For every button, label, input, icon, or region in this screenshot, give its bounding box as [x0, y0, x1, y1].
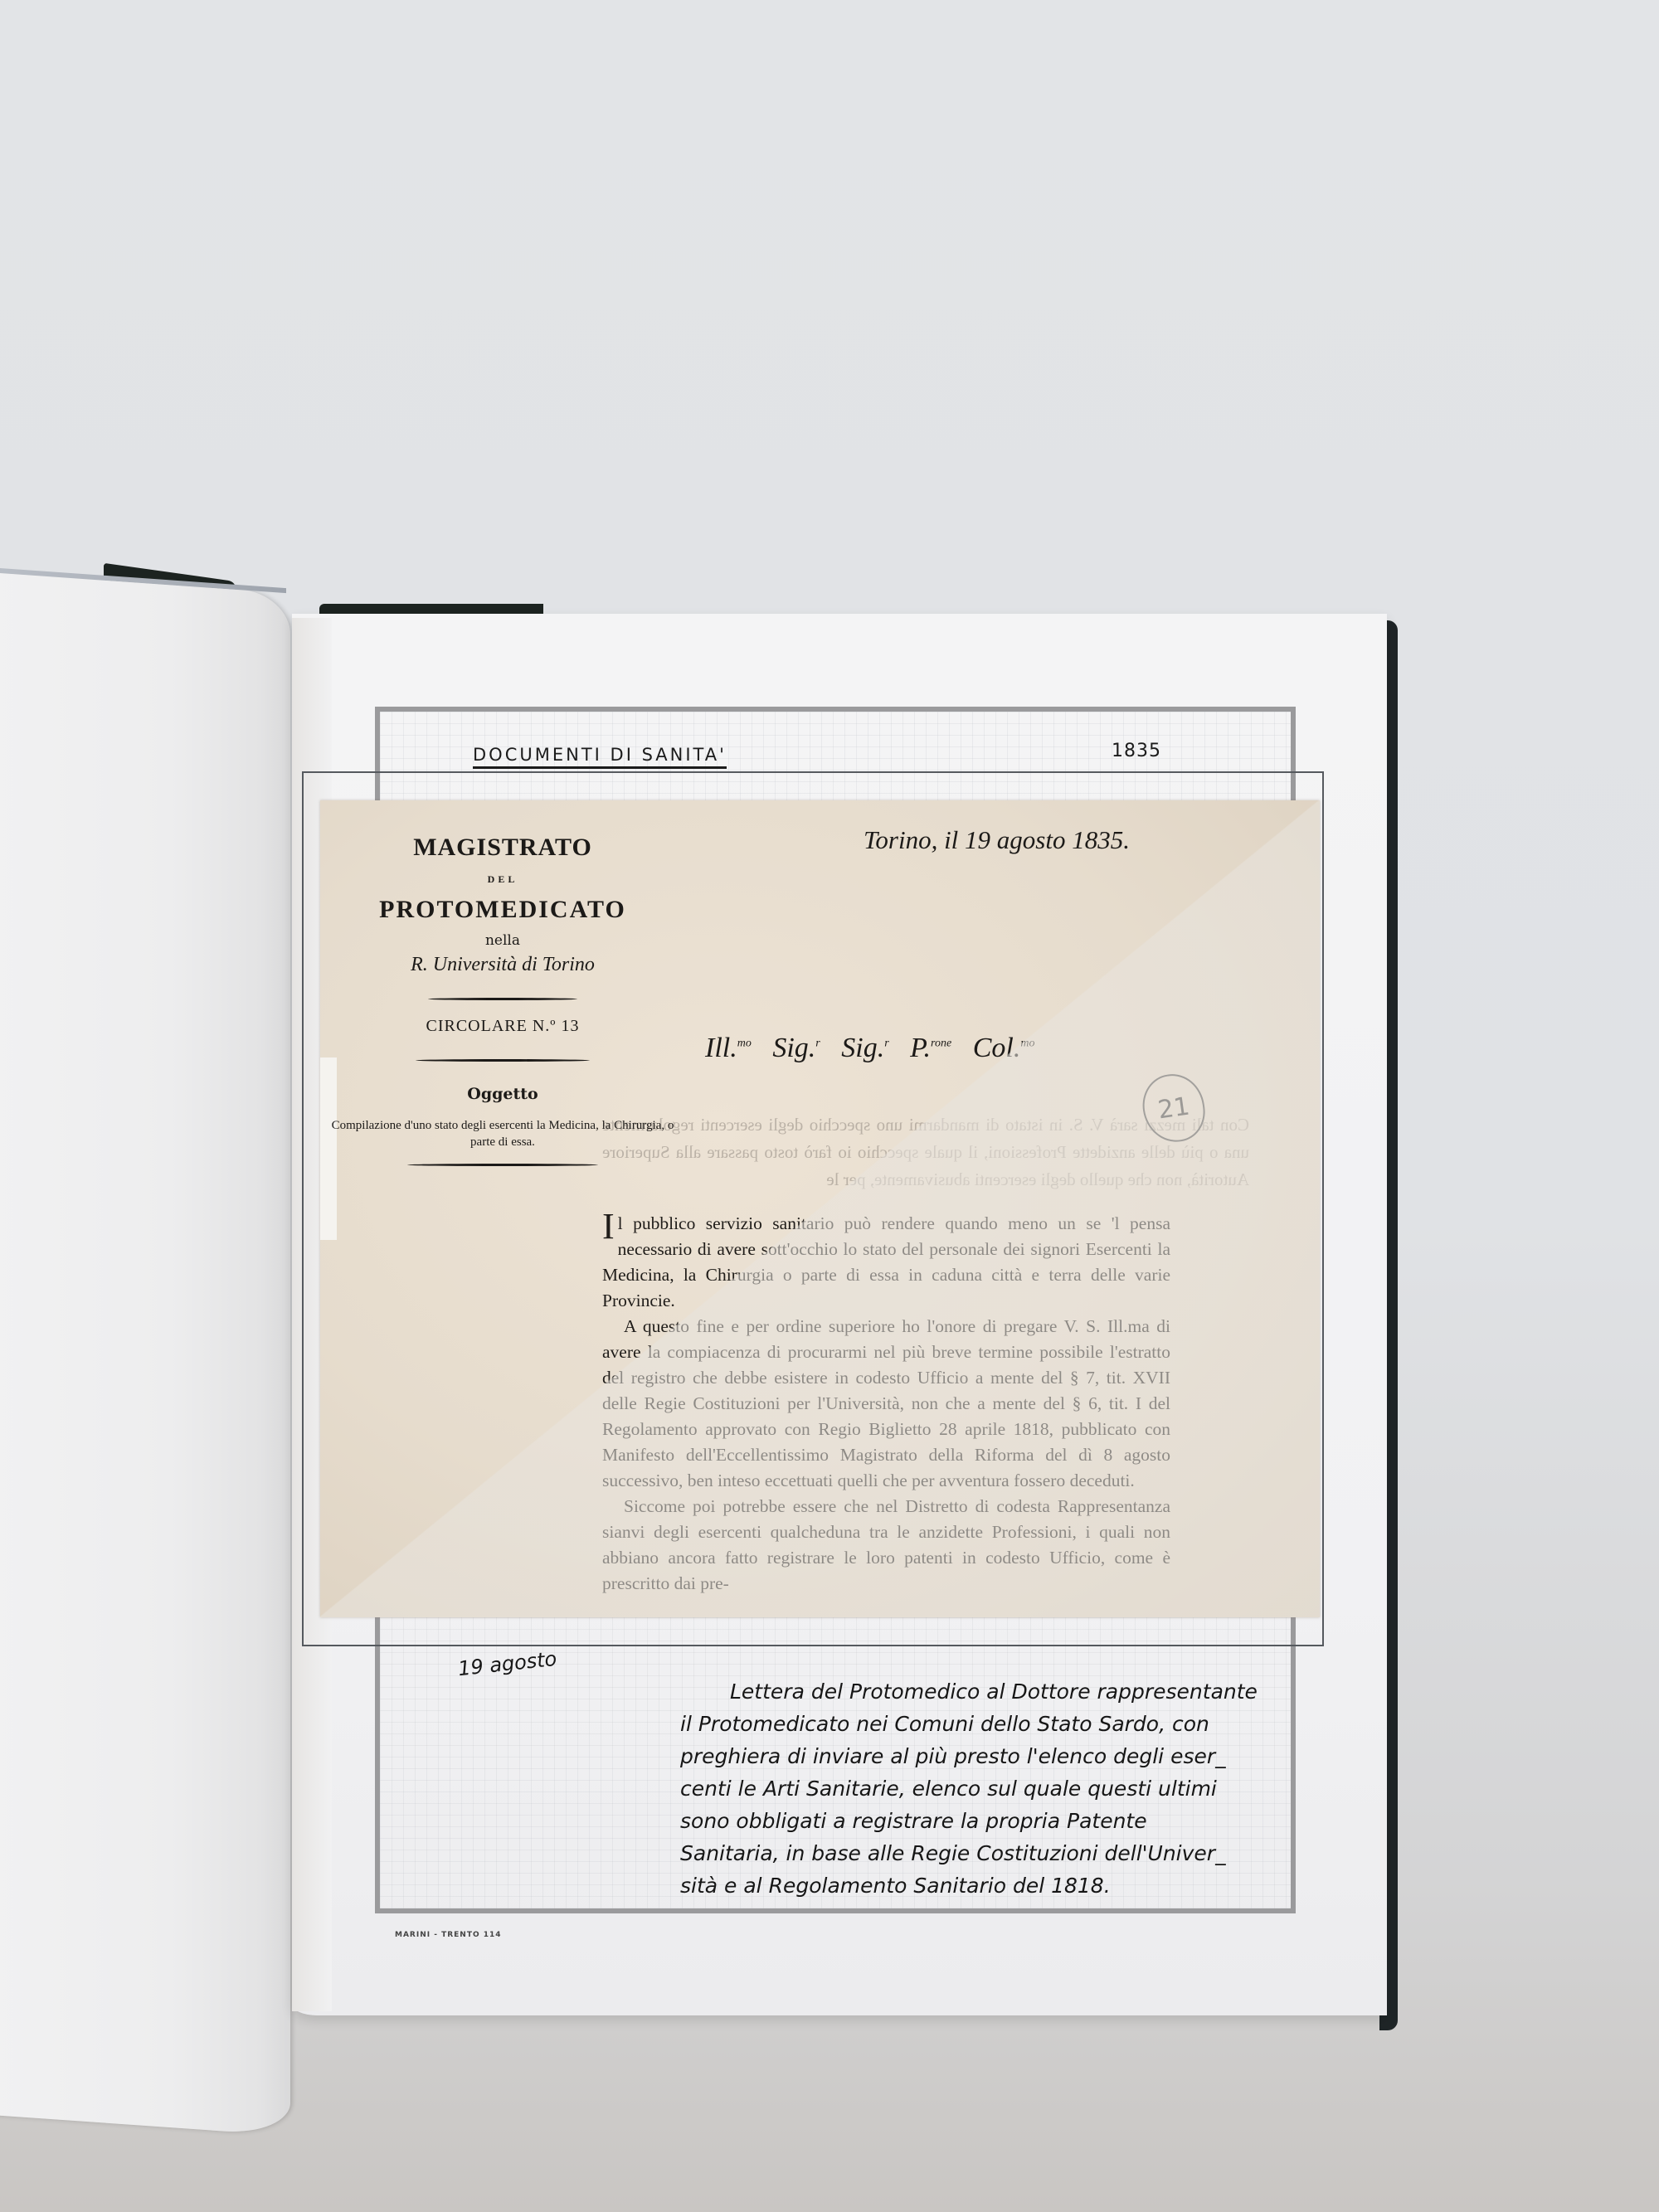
salutation-word: Col.	[973, 1033, 1021, 1063]
caption-line: centi le Arti Sanitarie, elenco sul qual…	[680, 1772, 1327, 1805]
ornamental-rule	[416, 1059, 590, 1062]
circular-number: CIRCOLARE N.º 13	[353, 1017, 652, 1036]
page-year: 1835	[1112, 741, 1161, 761]
salutation-word: Ill.	[705, 1033, 737, 1063]
letter-body: Il pubblico servizio sanitario può rende…	[602, 1211, 1170, 1597]
salutation-word: Sig.	[772, 1033, 815, 1063]
salutation: Ill.mo Sig.r Sig.r P.rone Col.mo	[705, 1033, 1034, 1064]
letterhead-protomedicato: PROTOMEDICATO	[353, 896, 652, 924]
letterhead-university: R. Università di Torino	[353, 954, 652, 976]
drop-cap: I	[602, 1214, 615, 1239]
ornamental-rule	[407, 1164, 598, 1166]
subject-text: Compilazione d'uno stato degli esercenti…	[328, 1118, 677, 1150]
subject-label: Oggetto	[353, 1085, 652, 1103]
historic-document: Con tali mezzi sarà V. S. in istato di m…	[320, 800, 1320, 1617]
paragraph: Il pubblico servizio sanitario può rende…	[602, 1211, 1170, 1314]
letterhead: MAGISTRATO DEL PROTOMEDICATO nella R. Un…	[353, 834, 652, 1166]
paragraph: Siccome poi potrebbe essere che nel Dist…	[602, 1494, 1170, 1597]
ornamental-rule	[428, 998, 577, 1000]
printer-imprint: MARINI - TRENTO 114	[395, 1931, 502, 1939]
handwritten-caption: Lettera del Protomedico al Dottore rappr…	[680, 1675, 1327, 1902]
caption-line: sità e al Regolamento Sanitario del 1818…	[680, 1869, 1327, 1902]
letterhead-del: DEL	[353, 873, 652, 886]
page-title: DOCUMENTI DI SANITA'	[473, 745, 727, 769]
caption-line: il Protomedicato nei Comuni dello Stato …	[680, 1708, 1327, 1740]
caption-line: Sanitaria, in base alle Regie Costituzio…	[680, 1837, 1327, 1869]
left-page	[0, 572, 290, 2136]
caption-line: Lettera del Protomedico al Dottore rappr…	[680, 1675, 1327, 1708]
caption-line: sono obbligati a registrare la propria P…	[680, 1805, 1327, 1837]
caption-line: preghiera di inviare al più presto l'ele…	[680, 1740, 1327, 1772]
salutation-word: P.	[910, 1033, 931, 1063]
letterhead-magistrato: MAGISTRATO	[353, 834, 652, 862]
letterhead-nella: nella	[353, 932, 652, 949]
letter-date: Torino, il 19 agosto 1835.	[864, 825, 1130, 855]
paragraph: A questo fine e per ordine superiore ho …	[602, 1314, 1170, 1494]
salutation-word: Sig.	[841, 1033, 884, 1063]
